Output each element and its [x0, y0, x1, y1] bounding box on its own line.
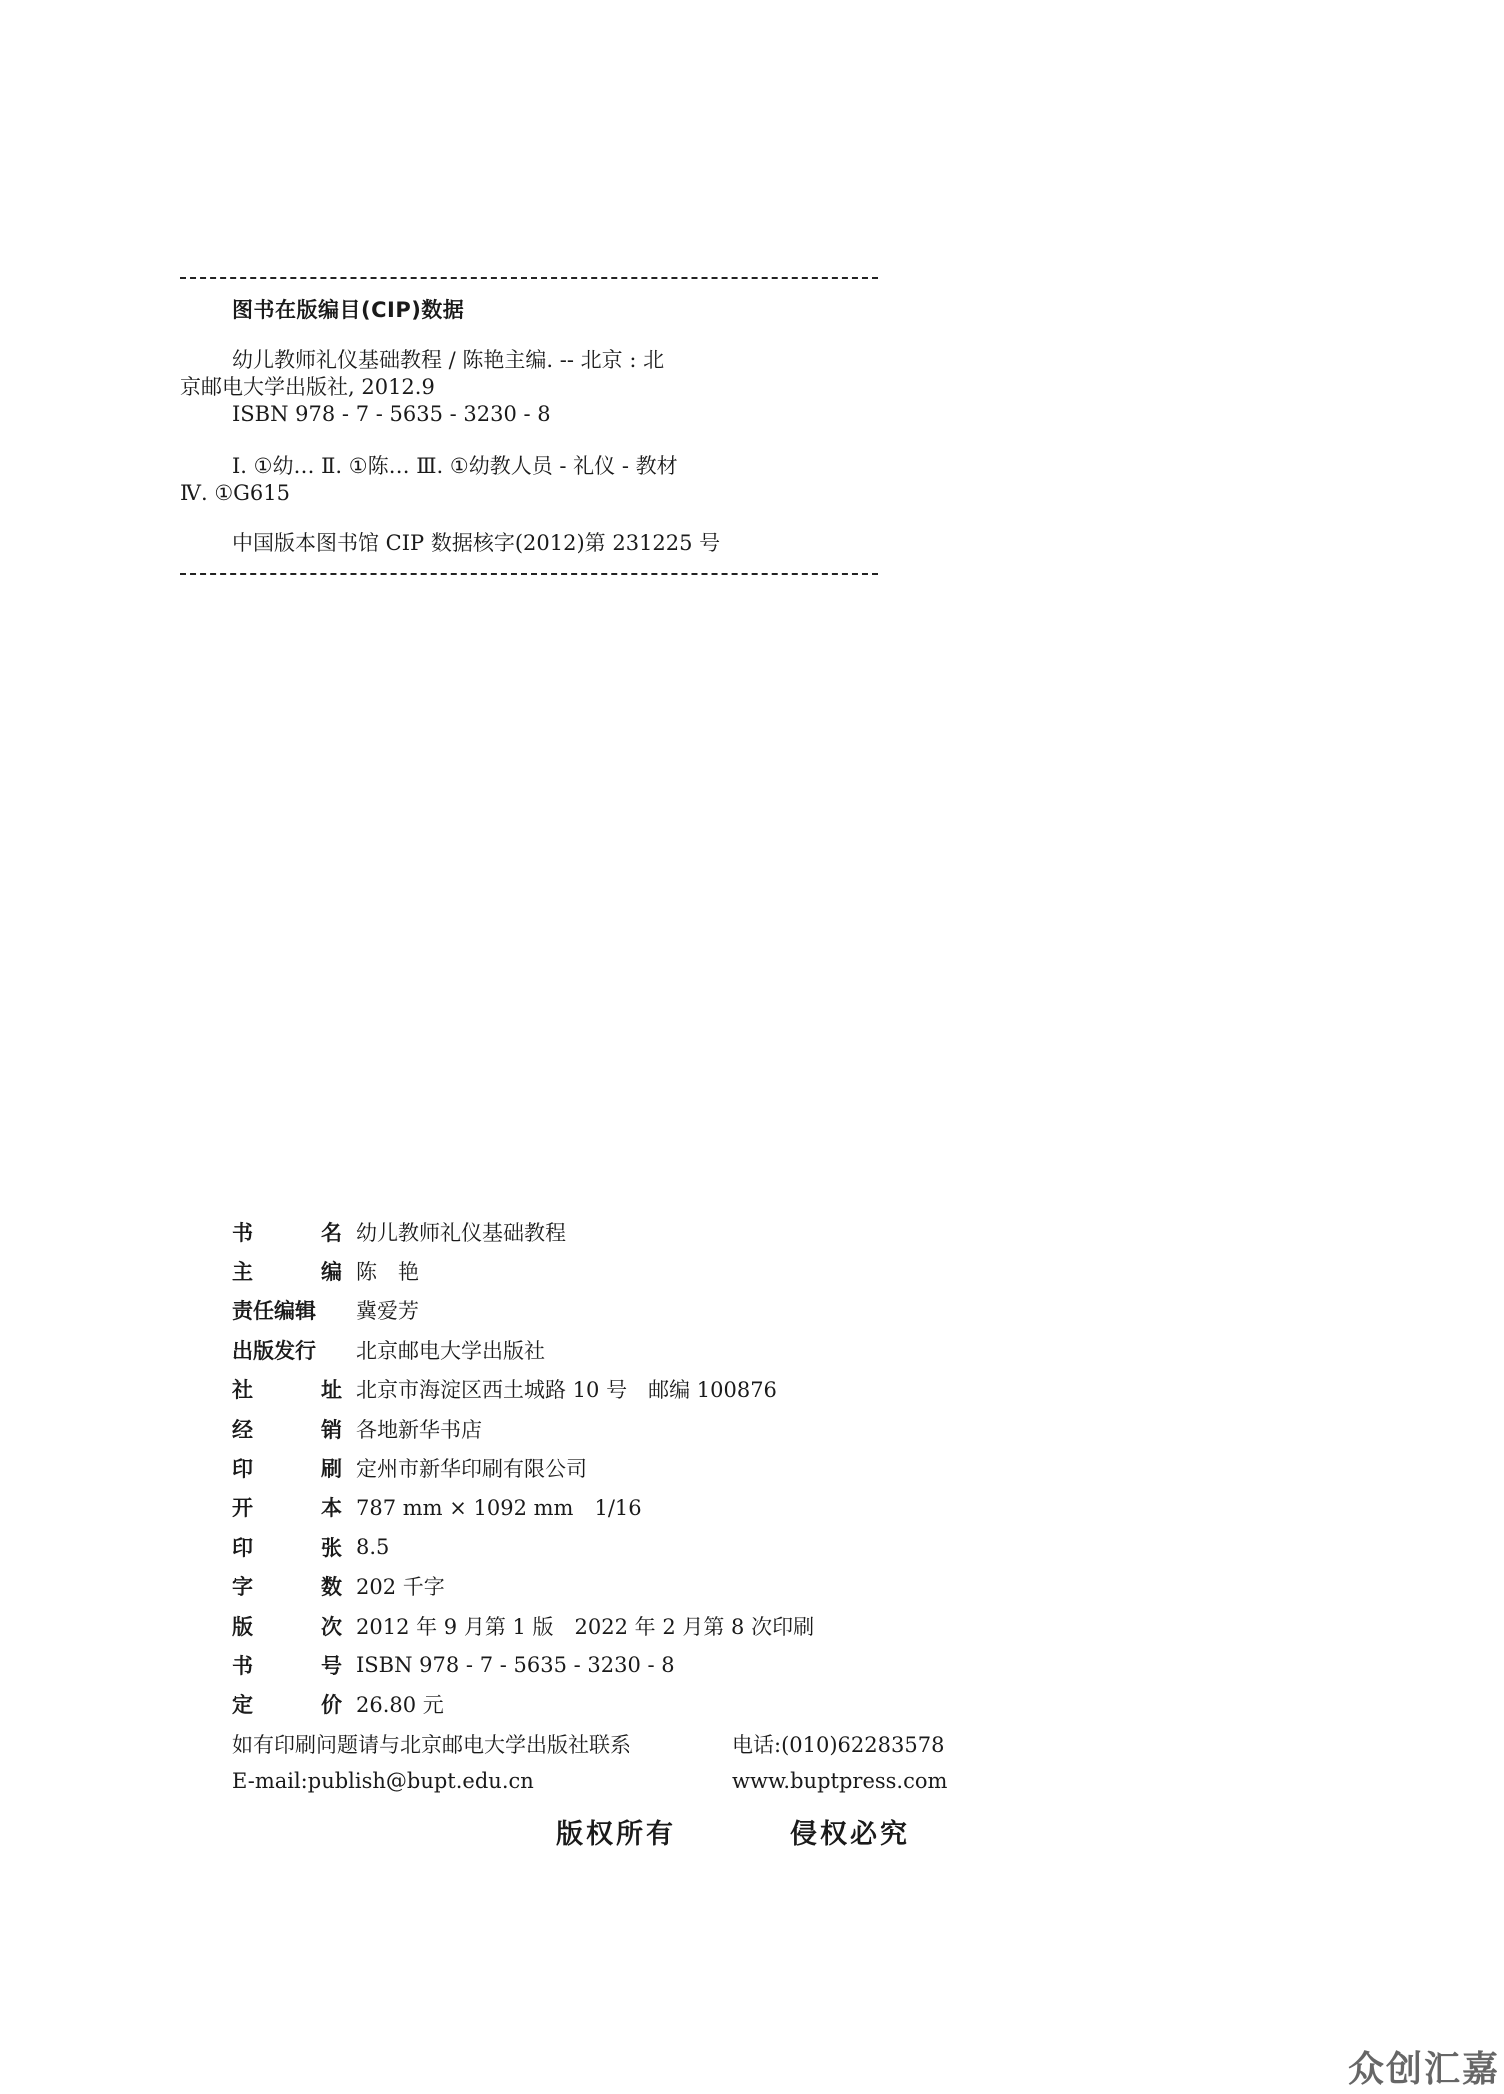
info-row-responsible-editor: 责任编辑 冀爱芳: [232, 1291, 1032, 1330]
infringement-notice: 侵权必究: [790, 1812, 910, 1851]
cip-approval-number: 中国版本图书馆 CIP 数据核字(2012)第 231225 号: [232, 530, 720, 556]
cip-title: 图书在版编目(CIP)数据: [232, 294, 464, 324]
info-label: 印刷: [232, 1453, 356, 1483]
info-value: 冀爱芳: [356, 1295, 1032, 1325]
info-label: 印张: [232, 1532, 356, 1562]
info-value: 幼儿教师礼仪基础教程: [356, 1217, 1032, 1247]
info-row-price: 定价 26.80 元: [232, 1685, 1032, 1724]
info-value: 陈 艳: [356, 1256, 1032, 1286]
cip-publisher-line: 京邮电大学出版社, 2012.9: [180, 374, 435, 400]
publication-info-table: 书名 幼儿教师礼仪基础教程 主编 陈 艳 责任编辑 冀爱芳 出版发行 北京邮电大…: [232, 1212, 1032, 1724]
info-value: 202 千字: [356, 1571, 1032, 1601]
info-label: 版次: [232, 1611, 356, 1641]
info-label: 经销: [232, 1414, 356, 1444]
info-value: 各地新华书店: [356, 1414, 1032, 1444]
publisher-phone: 电话:(010)62283578: [732, 1729, 944, 1759]
info-label: 主编: [232, 1256, 356, 1286]
info-label: 社址: [232, 1374, 356, 1404]
info-value: 定州市新华印刷有限公司: [356, 1453, 1032, 1483]
info-value: 8.5: [356, 1535, 1032, 1559]
info-value: 北京市海淀区西土城路 10 号 邮编 100876: [356, 1374, 1032, 1404]
info-row-publisher: 出版发行 北京邮电大学出版社: [232, 1330, 1032, 1369]
watermark-logo: 众创汇嘉: [1348, 2041, 1500, 2092]
info-row-format: 开本 787 mm × 1092 mm 1/16: [232, 1488, 1032, 1527]
info-label: 开本: [232, 1492, 356, 1522]
cip-isbn-line: ISBN 978 - 7 - 5635 - 3230 - 8: [232, 401, 551, 427]
cip-title-line: 幼儿教师礼仪基础教程 / 陈艳主编. -- 北京 : 北: [232, 347, 664, 373]
info-label: 字数: [232, 1571, 356, 1601]
info-value: ISBN 978 - 7 - 5635 - 3230 - 8: [356, 1653, 1032, 1677]
info-row-title: 书名 幼儿教师礼仪基础教程: [232, 1212, 1032, 1251]
publisher-email[interactable]: E-mail:publish@bupt.edu.cn: [232, 1769, 534, 1793]
info-label: 书名: [232, 1217, 356, 1247]
cip-classification-line: Ⅰ. ①幼… Ⅱ. ①陈… Ⅲ. ①幼教人员 - 礼仪 - 教材: [232, 453, 678, 479]
cip-bottom-divider: [180, 573, 878, 575]
info-label: 出版发行: [232, 1335, 356, 1365]
info-label: 定价: [232, 1689, 356, 1719]
info-row-distributor: 经销 各地新华书店: [232, 1409, 1032, 1448]
info-value: 26.80 元: [356, 1689, 1032, 1719]
copyright-reserved: 版权所有: [556, 1812, 676, 1851]
cip-clc-line: Ⅳ. ①G615: [180, 480, 290, 506]
info-label: 书号: [232, 1650, 356, 1680]
info-value: 北京邮电大学出版社: [356, 1335, 1032, 1365]
info-row-word-count: 字数 202 千字: [232, 1567, 1032, 1606]
info-row-isbn: 书号 ISBN 978 - 7 - 5635 - 3230 - 8: [232, 1645, 1032, 1684]
info-row-printer: 印刷 定州市新华印刷有限公司: [232, 1448, 1032, 1487]
info-row-sheets: 印张 8.5: [232, 1527, 1032, 1566]
info-value: 787 mm × 1092 mm 1/16: [356, 1492, 1032, 1522]
printing-issue-notice: 如有印刷问题请与北京邮电大学出版社联系: [232, 1729, 631, 1759]
publisher-website[interactable]: www.buptpress.com: [732, 1769, 947, 1793]
info-row-editor: 主编 陈 艳: [232, 1251, 1032, 1290]
info-row-edition: 版次 2012 年 9 月第 1 版 2022 年 2 月第 8 次印刷: [232, 1606, 1032, 1645]
info-value: 2012 年 9 月第 1 版 2022 年 2 月第 8 次印刷: [356, 1611, 1032, 1641]
cip-top-divider: [180, 277, 878, 279]
info-row-address: 社址 北京市海淀区西土城路 10 号 邮编 100876: [232, 1370, 1032, 1409]
info-label: 责任编辑: [232, 1295, 356, 1325]
